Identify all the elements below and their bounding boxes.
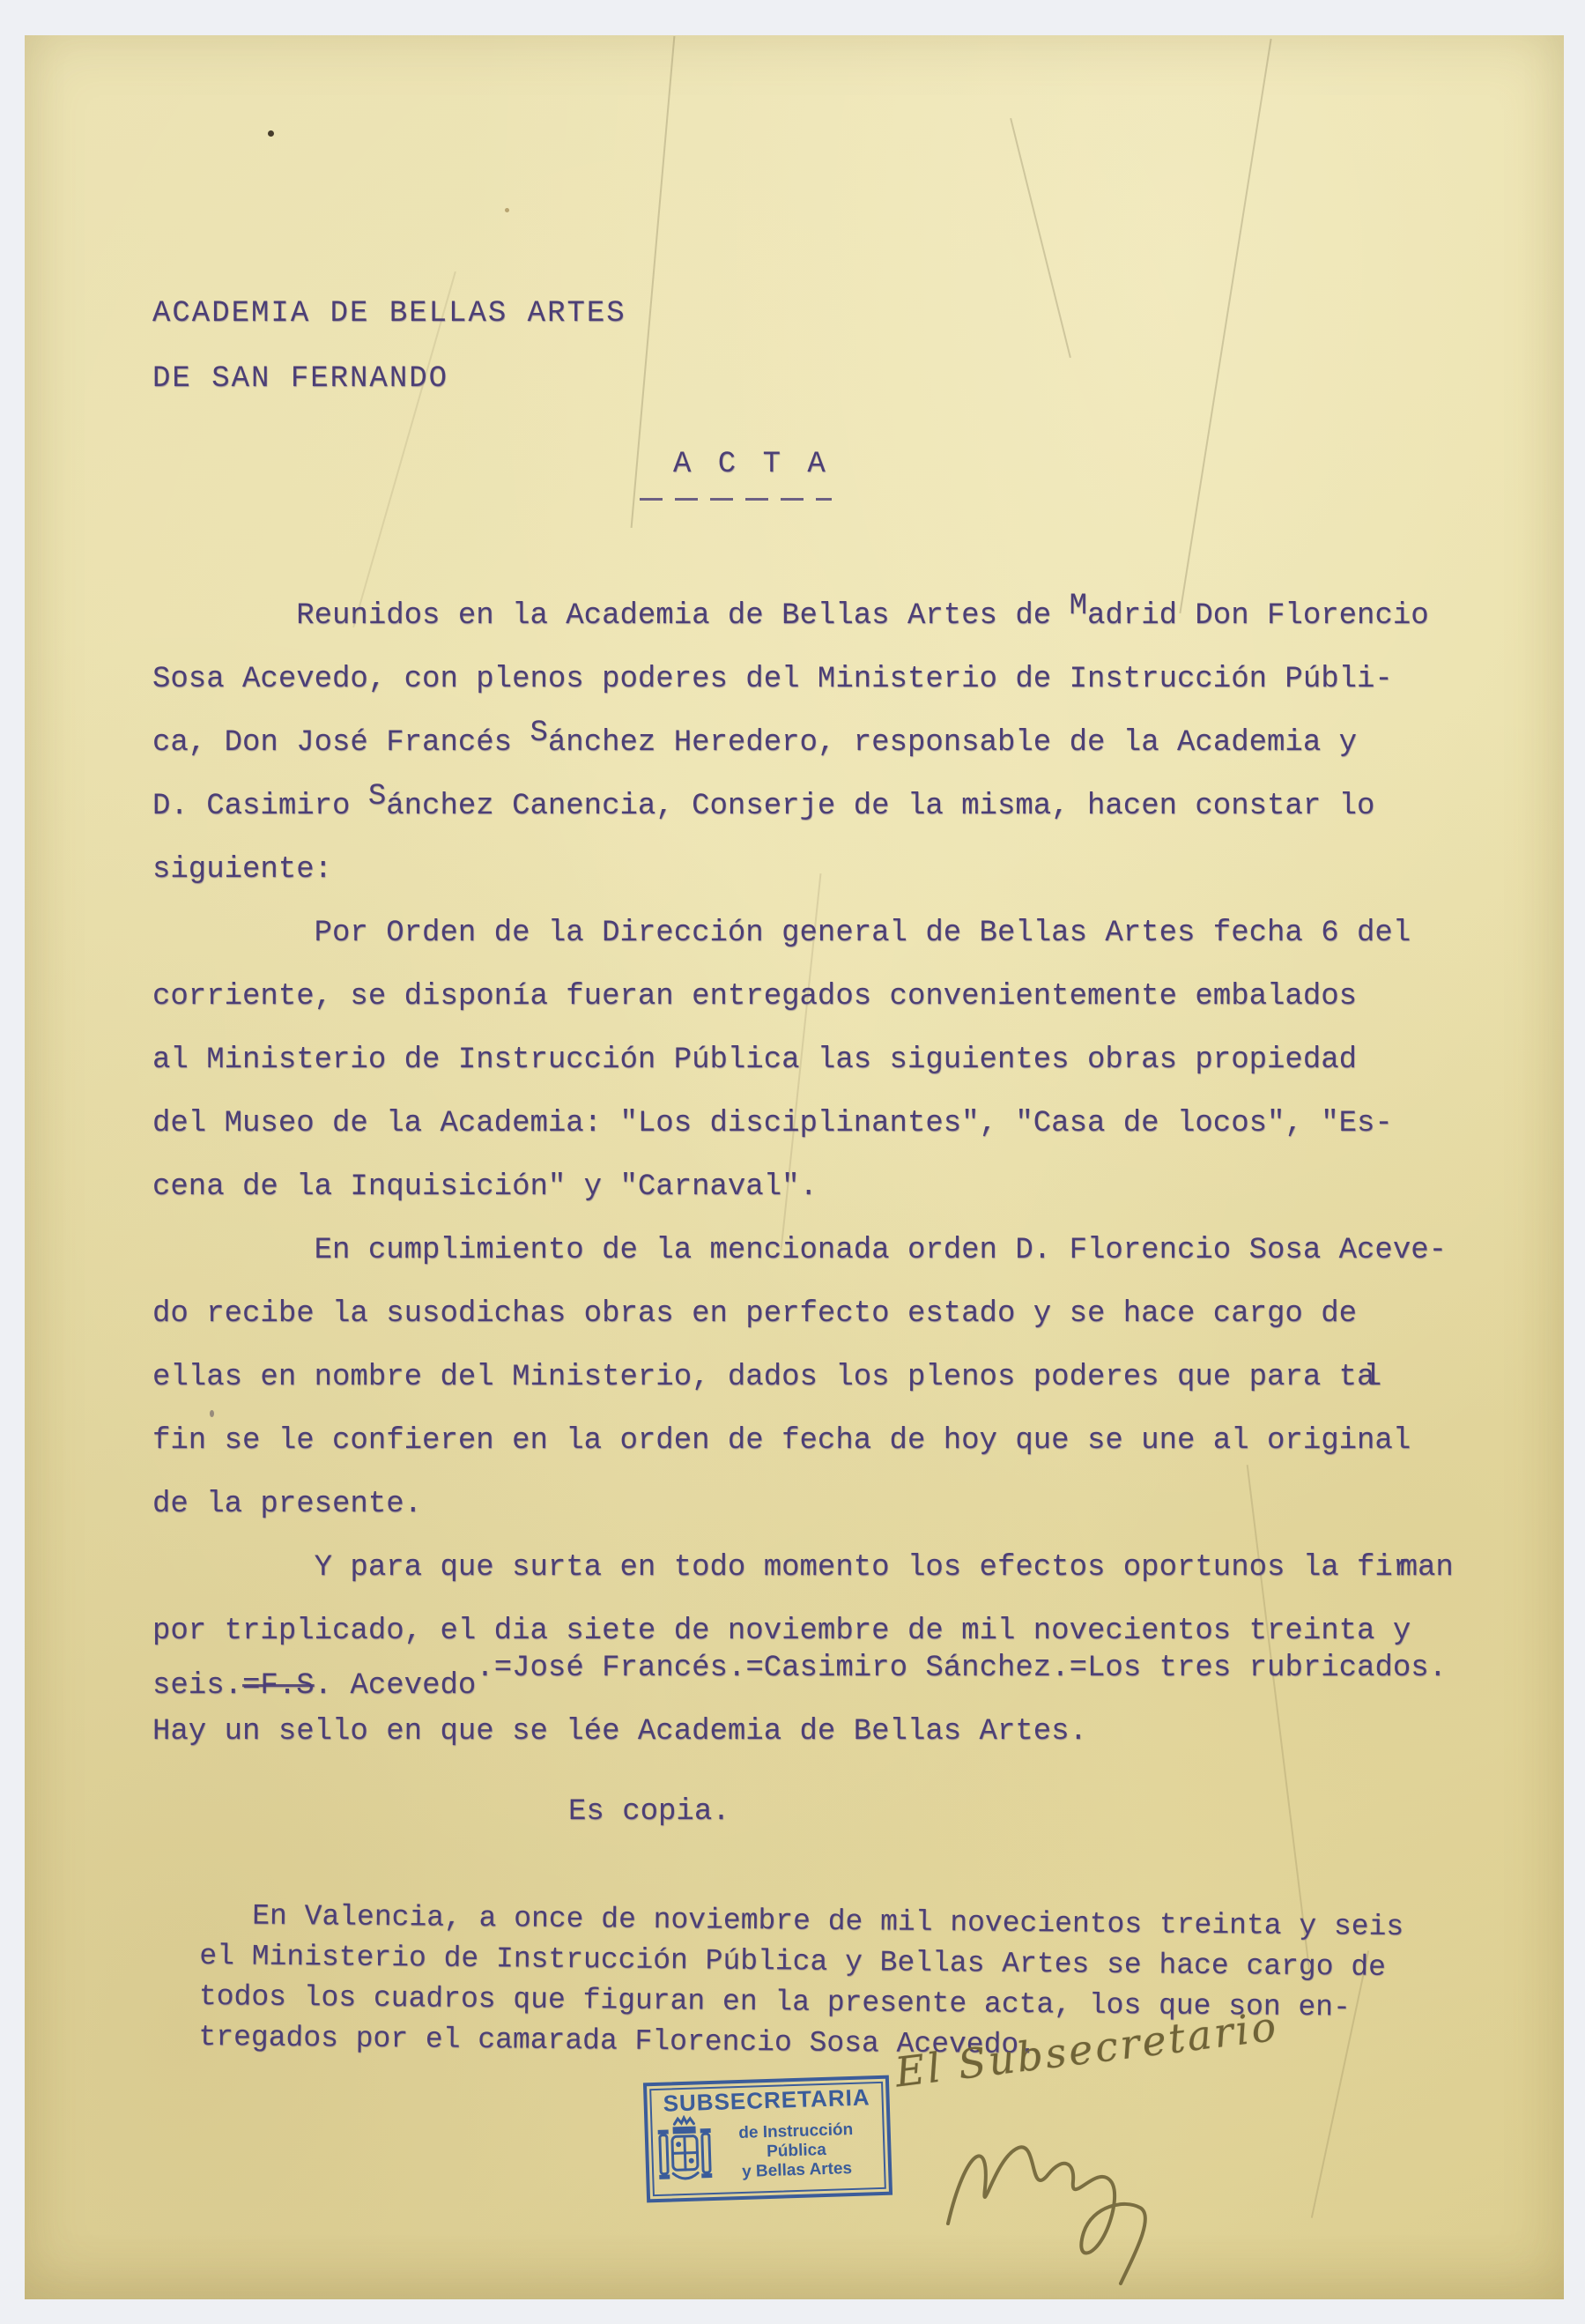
body-line: ca, Don José Francés Sánchez Heredero, r… <box>152 711 1456 775</box>
body-line: fin se le confieren en la orden de fecha… <box>152 1409 1456 1473</box>
body-line: Reunidos en la Academia de Bellas Artes … <box>152 584 1456 648</box>
stamp-inner-border: SUBSECRETARIA <box>649 2082 886 2196</box>
stamp-line4: y Bellas Artes <box>715 2158 880 2183</box>
title-underline <box>640 498 832 501</box>
letterhead-line2: DE SAN FERNANDO <box>152 361 1456 397</box>
body-line: do recibe la susodichas obras en perfect… <box>152 1282 1456 1346</box>
coat-of-arms-icon <box>656 2114 715 2194</box>
body-line: del Museo de la Academia: "Los disciplin… <box>152 1092 1456 1155</box>
body-line: ellas en nombre del Ministerio, dados lo… <box>152 1346 1456 1409</box>
body-line: cena de la Inquisición" y "Carnaval". <box>152 1155 1456 1219</box>
body-lines: Reunidos en la Academia de Bellas Artes … <box>152 584 1456 1755</box>
body-line: de la presente. <box>152 1473 1456 1536</box>
signature-flourish-icon <box>941 2111 1205 2296</box>
scanned-document-page: ACADEMIA DE BELLAS ARTES DE SAN FERNANDO… <box>25 35 1564 2299</box>
body-line: Por Orden de la Dirección general de Bel… <box>152 902 1456 965</box>
body-line: al Ministerio de Instrucción Pública las… <box>152 1028 1456 1092</box>
body-line: Hay un sello en que se lée Academia de B… <box>152 1709 1456 1755</box>
ministry-stamp: SUBSECRETARIA <box>643 2075 892 2203</box>
body-line: En cumplimiento de la mencionada orden D… <box>152 1219 1456 1282</box>
body-line: D. Casimiro Sánchez Canencia, Conserje d… <box>152 775 1456 838</box>
body-line: seis.=F.S. Acevedo.=José Francés.=Casimi… <box>152 1663 1456 1709</box>
body-line: Sosa Acevedo, con plenos poderes del Min… <box>152 648 1456 711</box>
handwritten-signature-block: El Subsecretario <box>892 2049 1278 2097</box>
es-copia-line: Es copia. <box>152 1794 1456 1830</box>
body-line: Y para que surta en todo momento los efe… <box>152 1536 1456 1600</box>
body-line: corriente, se disponía fueran entregados… <box>152 965 1456 1028</box>
page-title: A C T A <box>152 447 1456 482</box>
letterhead-line1: ACADEMIA DE BELLAS ARTES <box>152 296 1456 331</box>
body-line: siguiente: <box>152 838 1456 902</box>
